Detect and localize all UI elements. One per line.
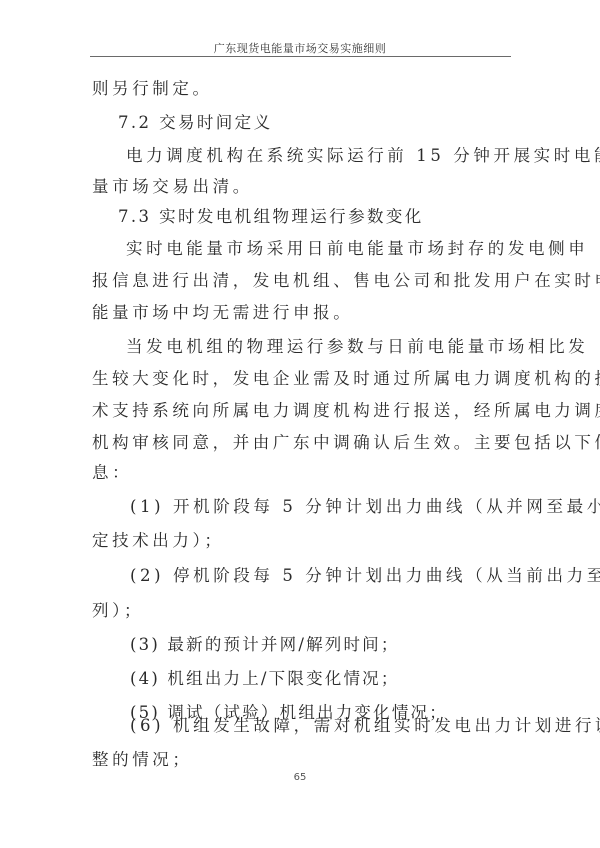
list-item-4: (4) 机组出力上/下限变化情况；: [130, 668, 400, 690]
list-item-6: (6) 机组发生故障，需对机组实时发电出力计划进行调: [130, 715, 600, 737]
paragraph-line: 机构审核同意，并由广东中调确认后生效。主要包括以下信: [92, 432, 600, 454]
paragraph-line: 生较大变化时，发电企业需及时通过所属电力调度机构的技: [92, 368, 600, 390]
paragraph-line: 当发电机组的物理运行参数与日前电能量市场相比发: [126, 336, 588, 358]
paragraph-line: 电力调度机构在系统实际运行前 15 分钟开展实时电能: [126, 145, 600, 167]
page-number: 65: [0, 772, 600, 783]
running-header-title: 广东现货电能量市场交易实施细则: [0, 40, 600, 56]
list-item-2-continued: 列）；: [92, 600, 144, 622]
paragraph-line: 量市场交易出清。: [92, 176, 253, 198]
paragraph-line: 能量市场中均无需进行申报。: [92, 302, 353, 324]
list-item-3: (3) 最新的预计并网/解列时间；: [130, 634, 400, 656]
list-item-6-continued: 整的情况；: [92, 749, 193, 771]
section-heading-7-2: 7.2 交易时间定义: [118, 112, 273, 134]
paragraph-line: 实时电能量市场采用日前电能量市场封存的发电侧申: [126, 238, 588, 260]
paragraph-line: 术支持系统向所属电力调度机构进行报送，经所属电力调度: [92, 400, 600, 422]
header-divider: [90, 56, 511, 57]
paragraph-line: 息：: [92, 462, 132, 484]
list-item-1: (1) 开机阶段每 5 分钟计划出力曲线（从并网至最小稳: [130, 496, 600, 518]
section-heading-7-3: 7.3 实时发电机组物理运行参数变化: [118, 206, 424, 228]
paragraph-line: 则另行制定。: [92, 78, 213, 100]
list-item-2: (2) 停机阶段每 5 分钟计划出力曲线（从当前出力至解: [130, 565, 600, 587]
list-item-1-continued: 定技术出力）；: [92, 530, 224, 552]
paragraph-line: 报信息进行出清，发电机组、售电公司和批发用户在实时电: [92, 270, 600, 292]
